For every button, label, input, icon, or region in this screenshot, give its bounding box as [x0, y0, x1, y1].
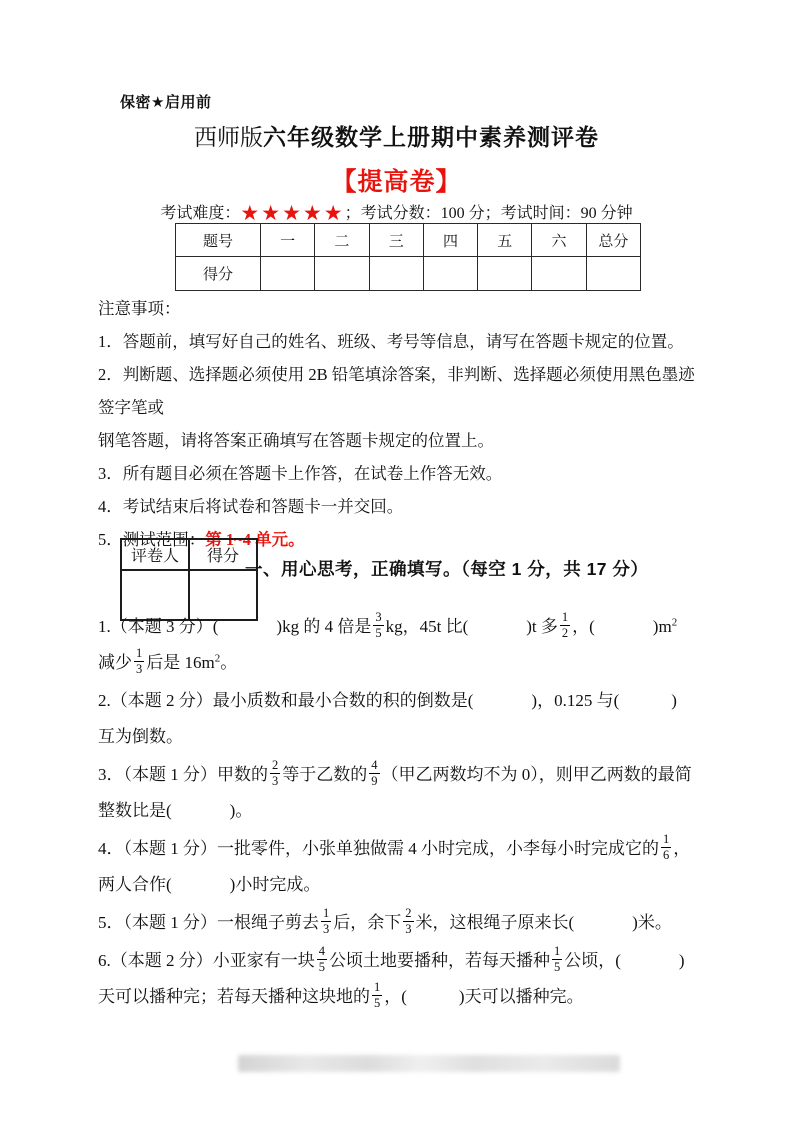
score-table-header-cell: 四: [423, 224, 477, 257]
answer-blank: [172, 815, 230, 816]
score-table-score-row: 得分: [176, 257, 641, 291]
questions: 1.（本题 3 分）()kg 的 4 倍是35kg，45t 比()t 多12，(…: [98, 609, 714, 1017]
fraction: 23: [403, 906, 413, 936]
score-row-label: 得分: [176, 257, 261, 291]
score-cell-empty: [423, 257, 477, 291]
question-item: 5．（本题 1 分）一根绳子剪去13后，余下23米，这根绳子原来长()米。: [98, 905, 714, 941]
answer-blank: [468, 631, 526, 632]
score-table-header-cell: 二: [315, 224, 369, 257]
fraction: 12: [560, 610, 570, 640]
title-main: 六年级数学上册期中素养测评卷: [263, 124, 599, 150]
answer-blank: [218, 631, 276, 632]
score-cell-empty: [369, 257, 423, 291]
title-prefix: 西师版: [194, 124, 263, 150]
fraction: 13: [321, 906, 331, 936]
score-cell-empty: [532, 257, 586, 291]
score-table-header-cell: 总分: [586, 224, 640, 257]
answer-blank: [619, 705, 671, 706]
score-table-header-cell: 一: [261, 224, 315, 257]
score-cell-empty: [586, 257, 640, 291]
note-item-1: 1．答题前，填写好自己的姓名、班级、考号等信息，请写在答题卡规定的位置。: [98, 325, 706, 358]
page-title: 西师版六年级数学上册期中素养测评卷: [0, 119, 793, 152]
fraction: 23: [270, 758, 280, 788]
score-table-header-cell: 五: [478, 224, 532, 257]
exam-info-rest: ；考试分数：100 分；考试时间：90 分钟: [345, 205, 633, 222]
exam-paper-page: 保密★启用前 西师版六年级数学上册期中素养测评卷 【提高卷】 考试难度：★★★★…: [0, 0, 793, 1122]
grader-header-row: 评卷人 得分: [121, 539, 257, 570]
fraction: 49: [369, 758, 379, 788]
question-item: 3．（本题 1 分）甲数的23等于乙数的49（甲乙两数均不为 0），则甲乙两数的…: [98, 757, 714, 829]
fraction: 45: [317, 944, 327, 974]
question-item: 6.（本题 2 分）小亚家有一块45公顷土地要播种，若每天播种15公顷，()天可…: [98, 943, 714, 1015]
notes-heading: 注意事项：: [98, 292, 706, 325]
score-table-header-cell: 三: [369, 224, 423, 257]
question-item: 1.（本题 3 分）()kg 的 4 倍是35kg，45t 比()t 多12，(…: [98, 609, 714, 681]
answer-blank: [172, 889, 230, 890]
score-table: 题号 一 二 三 四 五 六 总分 得分: [175, 223, 641, 291]
fraction: 15: [372, 980, 382, 1010]
note-item-2: 2．判断题、选择题必须使用 2B 铅笔填涂答案，非判断、选择题必须使用黑色墨迹签…: [98, 358, 706, 457]
question-item: 2.（本题 2 分）最小质数和最小合数的积的倒数是()，0.125 与()互为倒…: [98, 683, 714, 755]
notes-section: 注意事项： 1．答题前，填写好自己的姓名、班级、考号等信息，请写在答题卡规定的位…: [98, 292, 706, 556]
answer-blank: [595, 631, 653, 632]
answer-blank: [574, 927, 632, 928]
paper-type-label: 【提高卷】: [0, 162, 793, 198]
answer-blank: [473, 705, 531, 706]
answer-blank: [621, 965, 679, 966]
score-cell-empty: [478, 257, 532, 291]
difficulty-stars-icon: ★★★★★: [240, 201, 344, 225]
confidential-notice: 保密★启用前: [120, 91, 211, 112]
fraction: 35: [373, 610, 383, 640]
fraction: 15: [552, 944, 562, 974]
score-table-header-row: 题号 一 二 三 四 五 六 总分: [176, 224, 641, 257]
note-item-3: 3．所有题目必须在答题卡上作答，在试卷上作答无效。: [98, 457, 706, 490]
score-cell-empty: [261, 257, 315, 291]
score-cell-empty: [315, 257, 369, 291]
fraction: 16: [661, 832, 671, 862]
score-table-header-cell: 六: [532, 224, 586, 257]
section1-heading: 一、用心思考，正确填写。（每空 1 分，共 17 分）: [245, 556, 648, 581]
score-table-header-cell: 题号: [176, 224, 261, 257]
difficulty-label: 考试难度：: [160, 205, 240, 222]
grader-header-cell: 评卷人: [121, 539, 189, 570]
fraction: 13: [134, 646, 144, 676]
question-item: 4．（本题 1 分）一批零件，小张单独做需 4 小时完成，小李每小时完成它的16…: [98, 831, 714, 903]
note-item-4: 4．考试结束后将试卷和答题卡一并交回。: [98, 490, 706, 523]
answer-blank: [407, 1001, 459, 1002]
watermark-strip: [238, 1055, 620, 1072]
